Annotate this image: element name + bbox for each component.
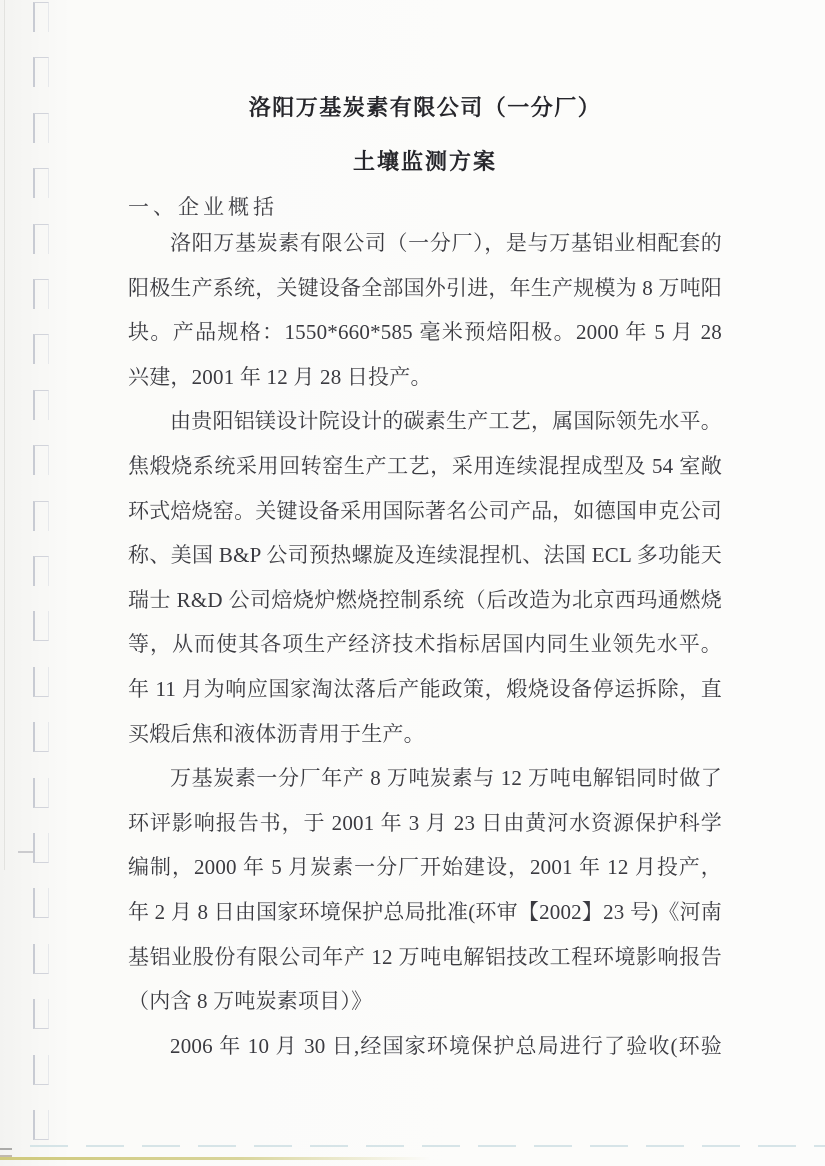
binding-hole-mark (33, 501, 49, 531)
binding-hole-mark (33, 833, 49, 863)
binding-hole-mark (33, 999, 49, 1029)
paragraph-1-line-2: 阳极生产系统，关键设备全部国外引进，年生产规模为 8 万吨阳极炭 (128, 266, 722, 311)
paragraph-2-line-2: 焦煅烧系统采用回转窑生产工艺，采用连续混捏成型及 54 室敞开式 (128, 444, 722, 489)
paragraph-2-line-5: 瑞士 R&D 公司焙烧炉燃烧控制系统（后改造为北京西玛通燃烧系统） (128, 578, 722, 623)
paragraph-1-line-1: 洛阳万基炭素有限公司（一分厂），是与万基铝业相配套的预焙 (128, 221, 722, 266)
paragraph-3-line-5: 基铝业股份有限公司年产 12 万吨电解铝技改工程环境影响报告书 (128, 935, 722, 980)
paragraph-2-line-4: 称、美国 B&P 公司预热螺旋及连续混捏机、法国 ECL 多功能天车、 (128, 533, 722, 578)
paragraph-2-line-7: 年 11 月为响应国家淘汰落后产能政策，煅烧设备停运拆除，直接购 (128, 667, 722, 712)
document-body: 洛阳万基炭素有限公司（一分厂），是与万基铝业相配套的预焙阳极生产系统，关键设备全… (128, 221, 722, 1068)
binding-hole-mark (33, 556, 49, 586)
paragraph-4-line-1: 2006 年 10 月 30 日,经国家环境保护总局进行了验收(环验【2006】 (128, 1024, 722, 1069)
binding-hole-mark (33, 2, 49, 32)
binding-hole-mark (33, 113, 49, 143)
paragraph-3-line-3: 编制，2000 年 5 月炭素一分厂开始建设，2001 年 12 月投产，200… (128, 845, 722, 890)
binding-hole-mark (33, 722, 49, 752)
binding-holes-column (33, 0, 51, 1166)
paragraph-2-line-8: 买煅后焦和液体沥青用于生产。 (128, 712, 722, 757)
left-edge-smudge (18, 851, 33, 853)
binding-hole-mark (33, 168, 49, 198)
document-subtitle: 土壤监测方案 (128, 148, 722, 176)
binding-hole-mark (33, 1110, 49, 1140)
paragraph-2-line-3: 环式焙烧窑。关键设备采用国际著名公司产品，如德国申克公司配料 (128, 489, 722, 534)
binding-hole-mark (33, 667, 49, 697)
paragraph-3-line-4: 年 2 月 8 日由国家环境保护总局批准(环审【2002】23 号)《河南万 (128, 890, 722, 935)
section-heading: 一、企业概括 (128, 194, 722, 221)
document-content: 洛阳万基炭素有限公司（一分厂） 土壤监测方案 一、企业概括 洛阳万基炭素有限公司… (128, 0, 722, 1068)
binding-hole-mark (33, 224, 49, 254)
bottom-scan-line-blue (30, 1145, 825, 1147)
binding-hole-mark (33, 279, 49, 309)
document-title: 洛阳万基炭素有限公司（一分厂） (128, 0, 722, 122)
binding-hole-mark (33, 390, 49, 420)
binding-hole-mark (33, 778, 49, 808)
paragraph-1-line-4: 兴建，2001 年 12 月 28 日投产。 (128, 355, 722, 400)
bottom-scan-line-yellow (0, 1157, 430, 1160)
paragraph-3-line-6: （内含 8 万吨炭素项目）》 (128, 979, 722, 1024)
binding-hole-mark (33, 944, 49, 974)
bottom-left-corner-smudge (0, 1148, 12, 1157)
binding-hole-mark (33, 611, 49, 641)
binding-hole-mark (33, 334, 49, 364)
paragraph-3-line-1: 万基炭素一分厂年产 8 万吨炭素与 12 万吨电解铝同时做了项目 (128, 756, 722, 801)
binding-hole-mark (33, 1055, 49, 1085)
binding-hole-mark (33, 57, 49, 87)
binding-hole-mark (33, 445, 49, 475)
scanned-document-page: 洛阳万基炭素有限公司（一分厂） 土壤监测方案 一、企业概括 洛阳万基炭素有限公司… (0, 0, 825, 1166)
paragraph-2-line-6: 等，从而使其各项生产经济技术指标居国内同生业领先水平。2013 (128, 622, 722, 667)
left-edge-scan-line (4, 0, 5, 870)
binding-hole-mark (33, 888, 49, 918)
paragraph-3-line-2: 环评影响报告书，于 2001 年 3 月 23 日由黄河水资源保护科学研究院 (128, 801, 722, 846)
paragraph-1-line-3: 块。产品规格：1550*660*585 毫米预焙阳极。2000 年 5 月 28… (128, 310, 722, 355)
paragraph-2-line-1: 由贵阳铝镁设计院设计的碳素生产工艺，属国际领先水平。石油 (128, 399, 722, 444)
